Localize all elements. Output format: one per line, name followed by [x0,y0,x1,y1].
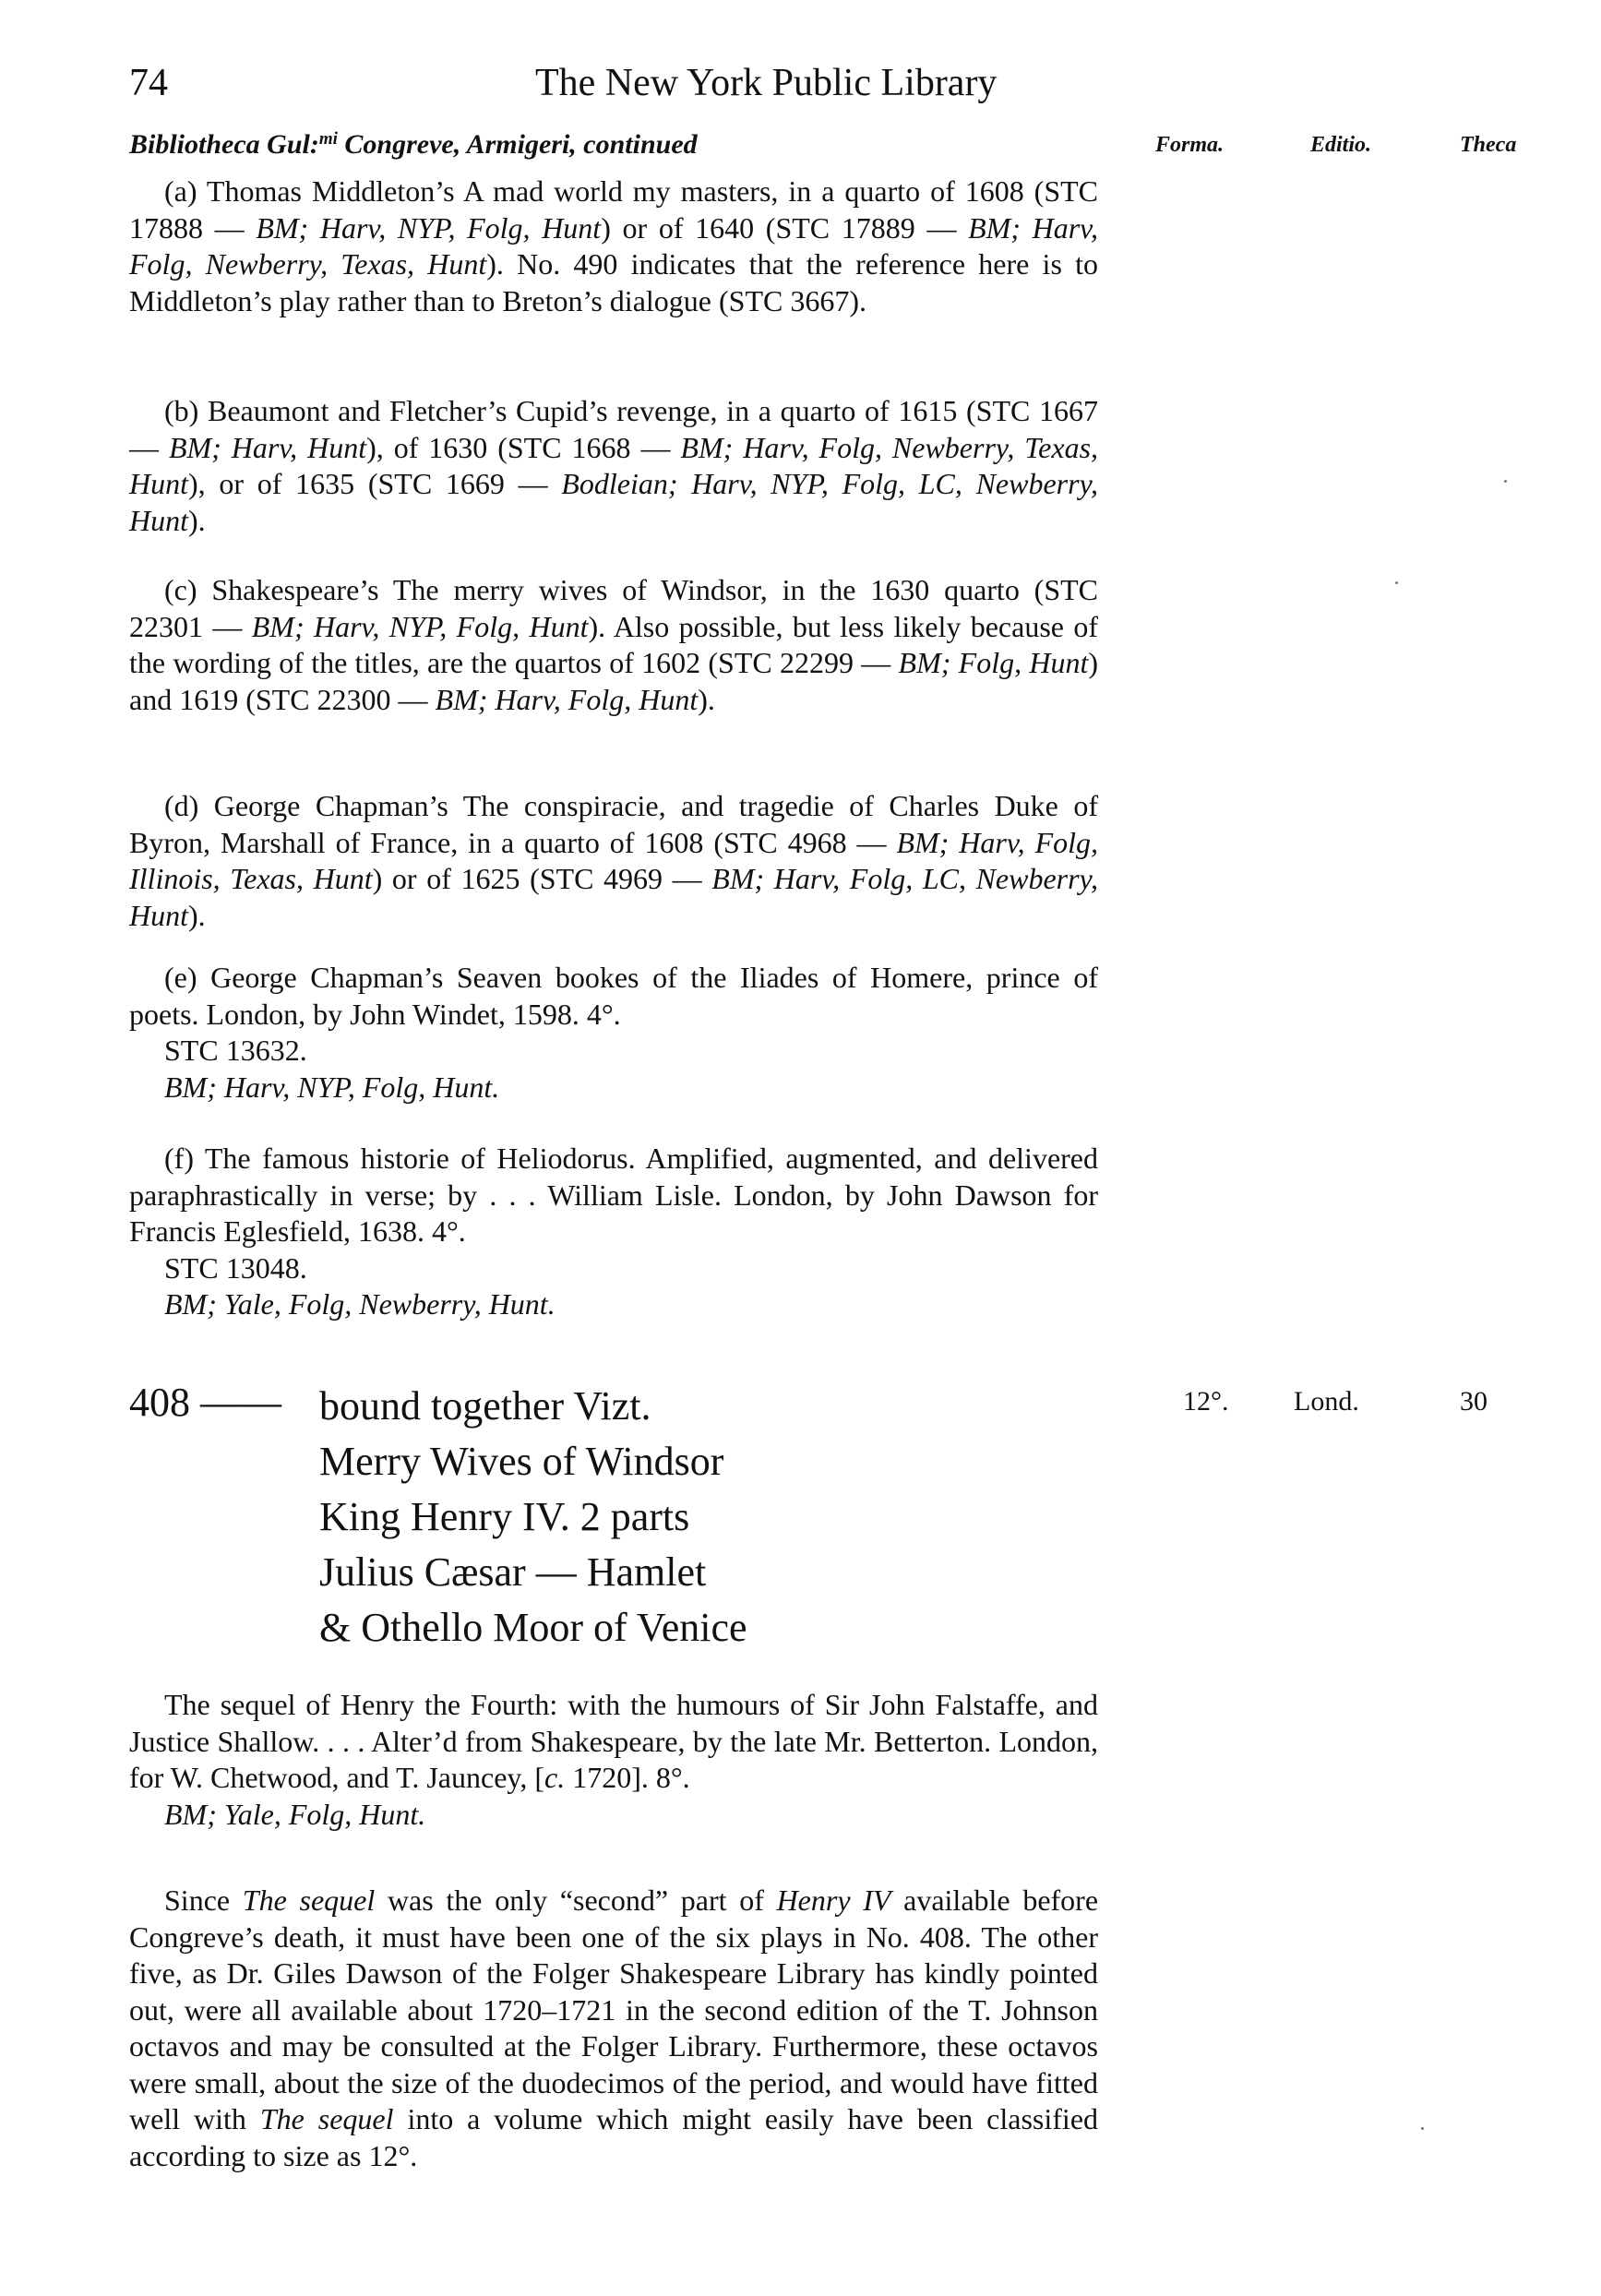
scan-speck [1395,581,1398,584]
entry-title-line: Julius Cæsar — Hamlet [319,1545,747,1600]
note-text: ). [698,683,715,716]
title-italic: Henry IV [777,1883,891,1917]
holdings-italic: BM; Harv, Folg, Hunt [436,683,699,716]
entry-forma: 12°. [1183,1386,1229,1417]
catalog-entry-408: 408 —— bound together Vizt. Merry Wives … [129,1379,1569,1683]
entry-title-line: bound together Vizt. [319,1379,747,1434]
note-d: (d) George Chapman’s The conspiracie, an… [129,788,1098,934]
note-f-holdings: BM; Yale, Folg, Newberry, Hunt. [129,1286,1098,1323]
sequel-note: The sequel of Henry the Fourth: with the… [129,1687,1098,1833]
holdings-italic: BM; Harv, NYP, Folg, Hunt [256,211,601,245]
scan-speck [1504,480,1507,483]
note-text: ), of 1630 (STC 1668 — [366,431,680,464]
note-text: ) or of 1640 (STC 17889 — [601,211,968,245]
column-header-theca: Theca [1460,133,1516,158]
note-e-text: (e) George Chapman’s Seaven bookes of th… [129,960,1098,1033]
holdings-italic: BM; Folg, Hunt [899,646,1089,679]
holdings-italic: BM; Harv, Hunt [169,431,366,464]
entry-title-line: & Othello Moor of Venice [319,1600,747,1656]
section-subheading: Bibliotheca Gul:mi Congreve, Armigeri, c… [129,129,698,161]
scan-speck [1421,2127,1424,2130]
note-text: was the only “second” part of [375,1883,776,1917]
entry-titles: bound together Vizt. Merry Wives of Wind… [319,1379,747,1656]
note-e: (e) George Chapman’s Seaven bookes of th… [129,960,1098,1106]
subheading-superscript: mi [319,129,338,149]
note-text: ), or of 1635 (STC 1669 — [188,467,561,500]
title-italic: The sequel [260,2102,394,2135]
note-text: Since [164,1883,243,1917]
running-title: The New York Public Library [535,61,997,105]
holdings-italic: BM; Harv, NYP, Folg, Hunt [252,610,589,643]
note-f: (f) The famous historie of Heliodorus. A… [129,1141,1098,1323]
column-header-forma: Forma. [1155,133,1224,158]
note-e-holdings: BM; Harv, NYP, Folg, Hunt. [129,1070,1098,1106]
entry-number: 408 —— [129,1379,281,1426]
document-page: 74 The New York Public Library Bibliothe… [0,0,1601,2296]
note-text: ). [188,899,206,932]
note-c: (c) Shakespeare’s The merry wives of Win… [129,572,1098,718]
note-f-text: (f) The famous historie of Heliodorus. A… [129,1141,1098,1250]
entry-editio: Lond. [1294,1386,1359,1417]
note-text: available before Congreve’s death, it mu… [129,1883,1098,2135]
subheading-suffix: Congreve, Armigeri, continued [338,129,698,160]
column-header-editio: Editio. [1310,133,1371,158]
title-italic: The sequel [243,1883,375,1917]
note-f-stc: STC 13048. [129,1250,1098,1287]
subheading-prefix: Bibliotheca Gul: [129,129,319,160]
note-e-stc: STC 13632. [129,1033,1098,1070]
note-text: ). [188,504,206,537]
page-header: 74 The New York Public Library [129,61,1098,116]
note-text: ) or of 1625 (STC 4969 — [373,862,712,895]
note-text: 1720]. 8°. [565,1761,689,1794]
circa-italic: c. [544,1761,565,1794]
entry-title-line: King Henry IV. 2 parts [319,1489,747,1545]
entry-title-line: Merry Wives of Windsor [319,1434,747,1489]
commentary-paragraph: Since The sequel was the only “second” p… [129,1883,1098,2174]
note-b: (b) Beaumont and Fletcher’s Cupid’s reve… [129,393,1098,539]
note-a: (a) Thomas Middleton’s A mad world my ma… [129,173,1098,319]
entry-theca: 30 [1460,1386,1487,1417]
page-number: 74 [129,61,168,105]
sequel-holdings: BM; Yale, Folg, Hunt. [129,1797,1098,1834]
